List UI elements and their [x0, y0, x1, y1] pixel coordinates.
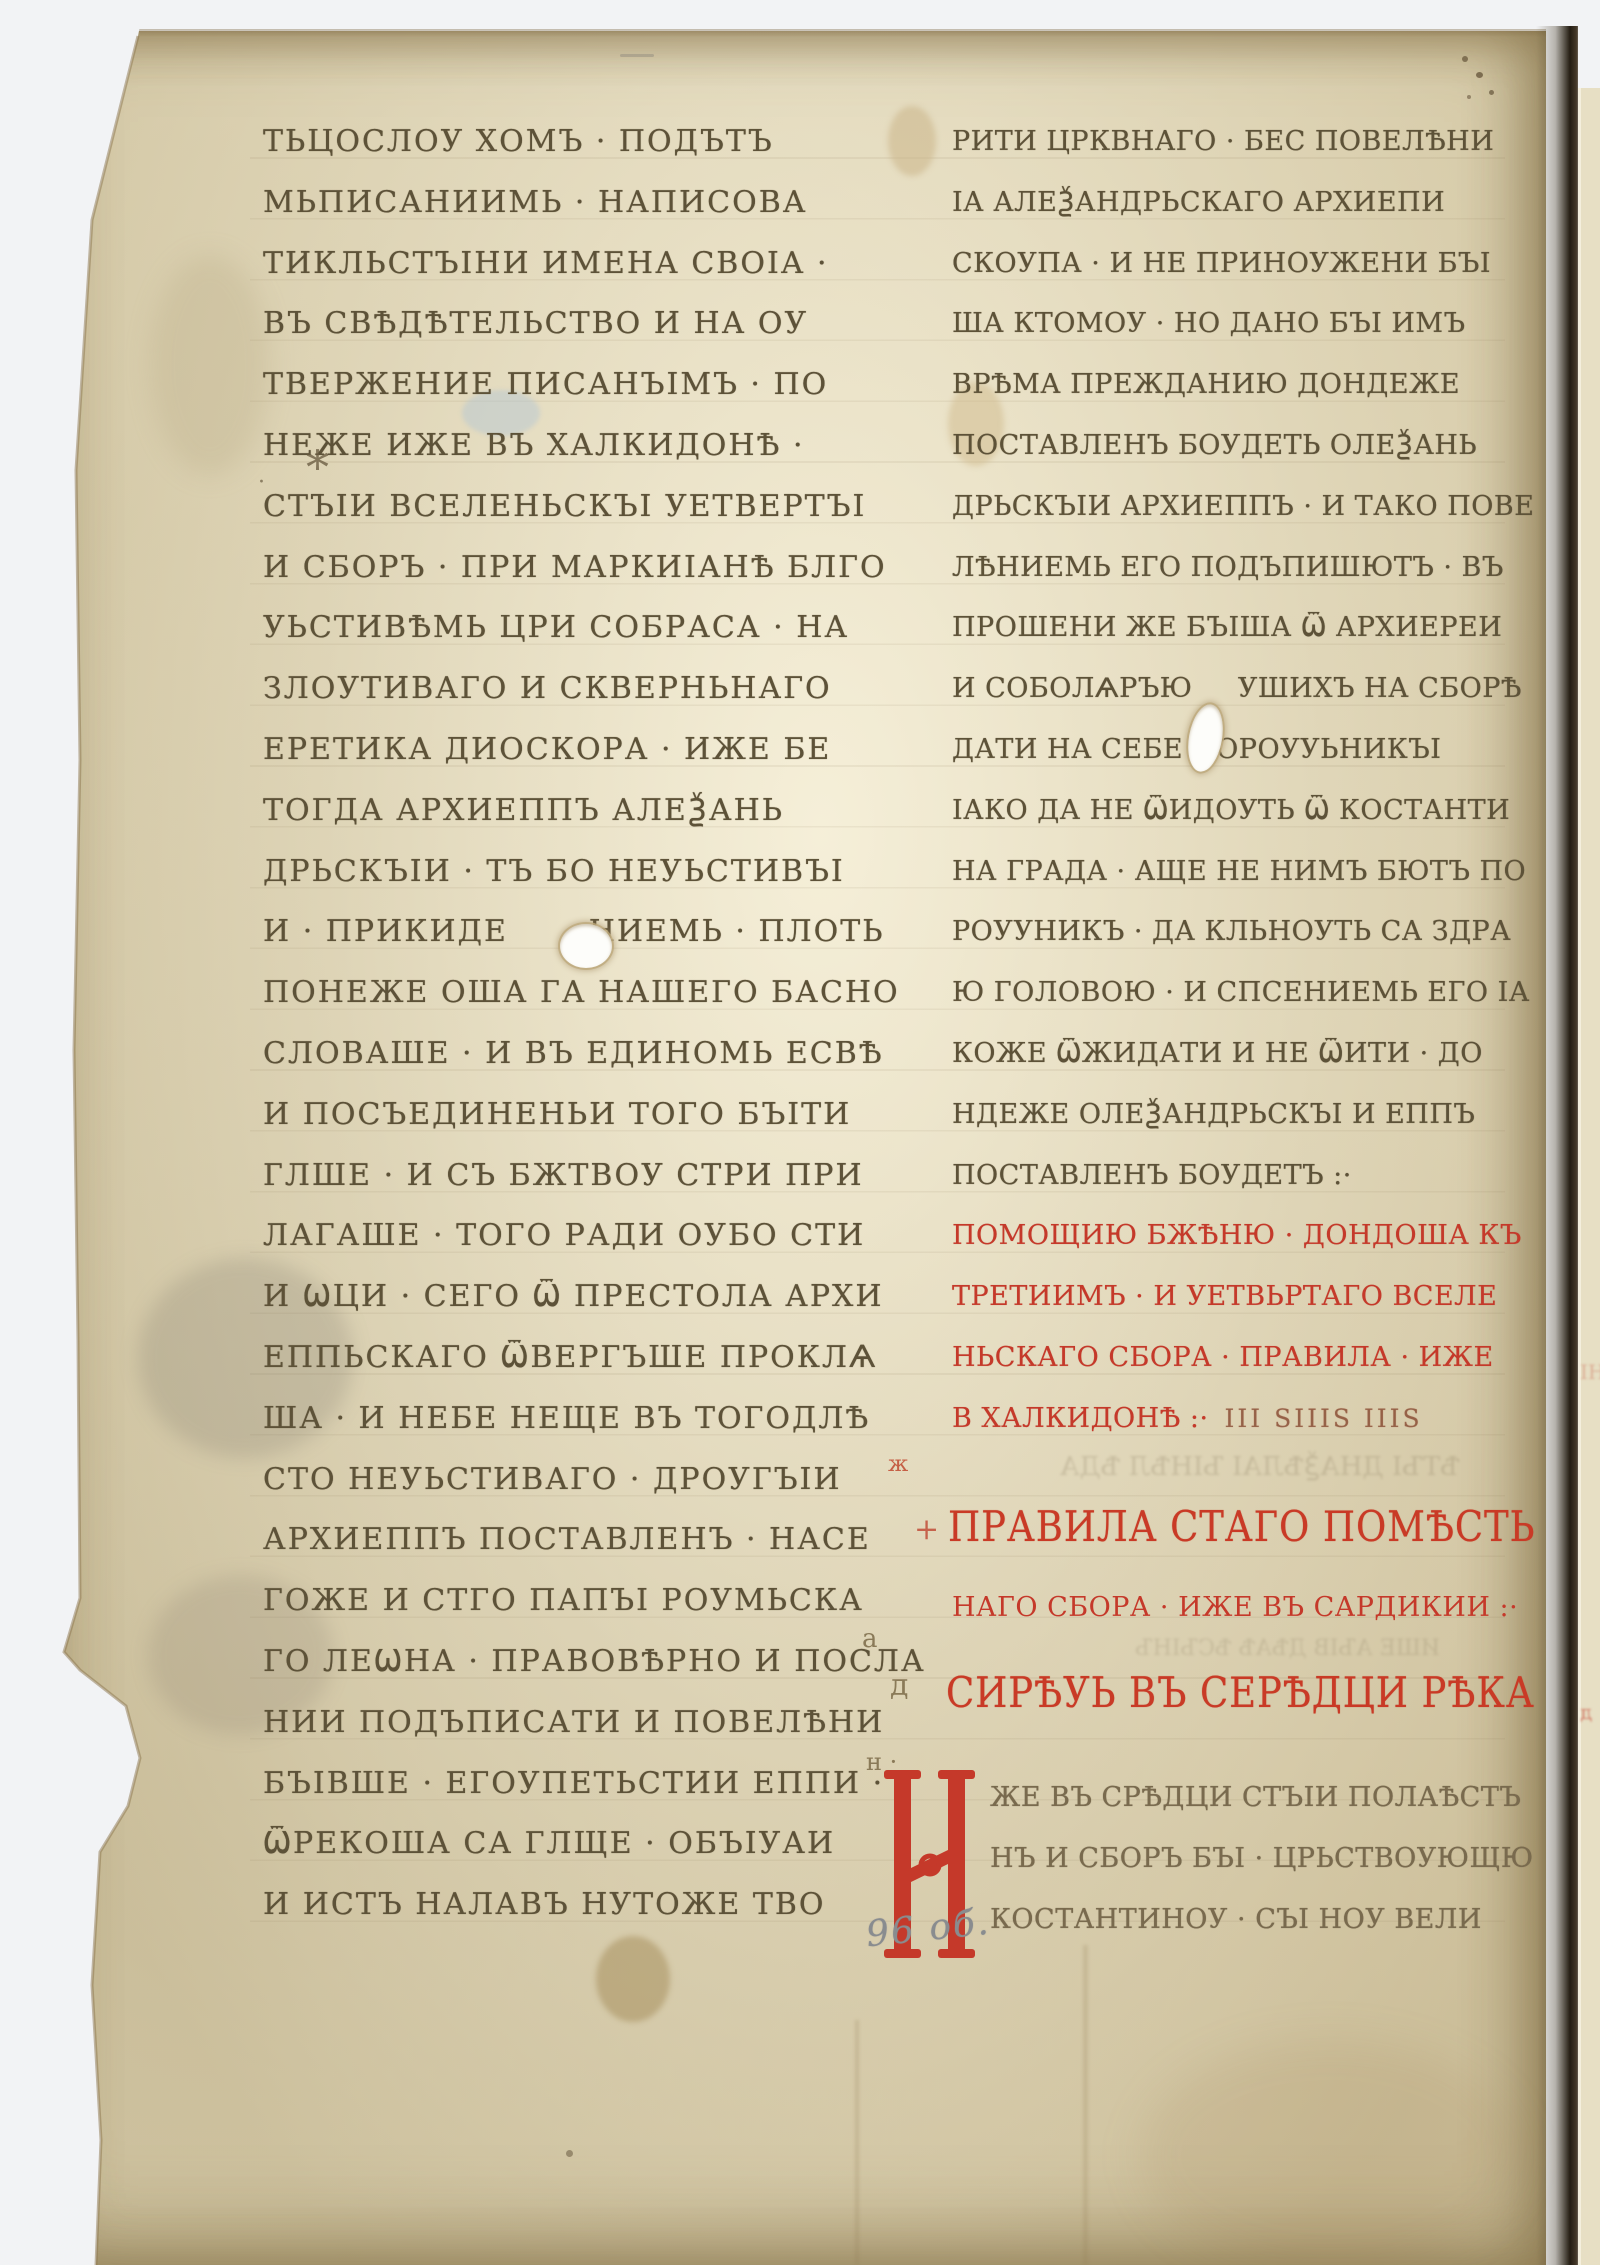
ink-speck	[1462, 56, 1468, 62]
facing-folio-bleedthrough: д	[1580, 1700, 1592, 1724]
text-line: ЛѢНИЕМЬ ЕГО ПОДЪПИШЮТЪ · ВЪ	[952, 538, 1492, 599]
ink-speck	[1489, 90, 1494, 95]
gutter-gloss: а	[862, 1624, 878, 1654]
bleedthrough-text: ИШЕ АЪІВ ДѢАѢ ѢСЪІНЪ	[960, 1636, 1440, 1661]
photo-backdrop-top	[0, 0, 1600, 31]
text-line: ВЪ СВѢДѢТЕЛЬСТВО И НА ОУ	[263, 294, 908, 355]
text-line: ГЛШЕ · И СЪ БЖТВОУ СТРИ ПРИ	[263, 1146, 908, 1207]
gutter-gloss: н ·	[866, 1748, 897, 1776]
text-line: ТИКЛЬСТЪІНИ ИМЕНА СВОІА ·	[263, 234, 908, 295]
text-line: ДРЬСКЪІИ · ТЪ БО НЕУЬСТИВЪІ	[263, 842, 908, 903]
text-line: ПОНЕЖЕ ОША ГА НАШЕГО БАСНО	[263, 963, 908, 1024]
margin-dot: ·	[258, 470, 265, 495]
text-line: ПОСТАВЛЕНЪ БОУДЕТЪ :·	[952, 1146, 1492, 1207]
pencil-mark	[620, 54, 654, 57]
text-line: НДЕЖЕ ОЛЕѮАНДРЬСКЪІ И ЕППЪ	[952, 1085, 1492, 1146]
margin-asterisk: *	[306, 440, 329, 494]
text-line: ЕППЬСКАГО ѾВЕРГЪШЕ ПРОКЛѦ	[263, 1328, 908, 1389]
manuscript-photo: ТЬЦОСЛОУ ХОМЪ · ПОДЪТЪ МЬПИСАНИИМЬ · НАП…	[0, 0, 1600, 2265]
rubric-heading-large: СИРѢУЬ ВЪ СЕРѢДЦИ РѢКА	[946, 1668, 1535, 1717]
text-line: СКОУПА · И НЕ ПРИНОУЖЕНИ БЪІ	[952, 234, 1492, 295]
page-top-shadow	[36, 29, 1546, 37]
text-line: АРХИЕППЪ ПОСТАВЛЕНЪ · НАСЕ	[263, 1510, 908, 1571]
text-line: ПРОШЕНИ ЖЕ БЪІША Ѿ АРХИЕРЕИ	[952, 598, 1492, 659]
ink-speck	[566, 2150, 573, 2157]
rubric-text: В ХАЛКИДОНѢ :·	[952, 1389, 1209, 1450]
stain	[596, 1936, 670, 2022]
text-line: СТЪІИ ВСЕЛЕНЬСКЪІ УЕТВЕРТЪІ	[263, 477, 908, 538]
bleedthrough-text: ѢТЪІ ДНАѮѢЛАІ ЪІНѢЛ ѢДА	[960, 1452, 1460, 1482]
text-line: РИТИ ЦРКВНАГО · БЕС ПОВЕЛѢНИ	[952, 112, 1492, 173]
ink-speck	[1467, 95, 1471, 99]
rubric-line: НЬСКАГО СБОРА · ПРАВИЛА · ИЖЕ	[952, 1328, 1492, 1389]
text-line: Ю ГОЛОВОЮ · И СПСЕНИЕМЬ ЕГО ІА	[952, 963, 1492, 1024]
text-line: БЪІВШЕ · ЕГОУПЕТЬСТИИ ЕППИ ·	[263, 1754, 908, 1815]
text-line: УЬСТИВѢМЬ ЦРИ СОБРАСА · НА	[263, 598, 908, 659]
text-line: И ИСТЪ НАЛАВЪ НУТОЖЕ ТВО	[263, 1875, 908, 1936]
rubric-line: ПОМОЩИЮ БЖѢНЮ · ДОНДОША КЪ	[952, 1206, 1492, 1267]
text-line: ША · И НЕБЕ НЕЩЕ ВЪ ТОГОДЛѢ	[263, 1389, 908, 1450]
text-line: ѾРЕКОША СА ГЛЩЕ · ОБЪІУАИ	[263, 1814, 908, 1875]
text-line: ІАКО ДА НЕ ѾИДОУТЬ Ѿ КОСТАНТИ	[952, 781, 1492, 842]
text-line: ГОЖЕ И СТГО ПАПЪІ РОУМЬСКА	[263, 1571, 908, 1632]
text-line: ТЬЦОСЛОУ ХОМЪ · ПОДЪТЪ	[263, 112, 908, 173]
left-column: ТЬЦОСЛОУ ХОМЪ · ПОДЪТЪ МЬПИСАНИИМЬ · НАП…	[263, 112, 908, 1936]
text-line: ІА АЛЕѮАНДРЬСКАГО АРХИЕПИ	[952, 173, 1492, 234]
rubric-heading-large: ПРАВИЛА СТАГО ПОМѢСТЬ	[948, 1502, 1535, 1551]
text-line: ГО ЛЕѠНА · ПРАВОВѢРНО И ПОСЛА	[263, 1632, 908, 1693]
facing-folio-bleedthrough: НІ	[1580, 1360, 1600, 1384]
text-line: НА ГРАДА · АЩЕ НЕ НИМЪ БЮТЪ ПО	[952, 842, 1492, 903]
initial-paragraph: ЖЕ ВЪ СРѢДЦИ СТЪІИ ПОЛАѢСТЪ НЪ И СБОРЪ Б…	[990, 1768, 1490, 1950]
text-line: КОЖЕ ѾЖИДАТИ И НЕ ѾИТИ · ДО	[952, 1024, 1492, 1085]
gutter-red-cross: +	[914, 1512, 939, 1547]
text-line: ТОГДА АРХИЕППЪ АЛЕѮАНЬ	[263, 781, 908, 842]
rubric-line: В ХАЛКИДОНѢ :· ІІІ ЅІІІЅ ІІІЅ	[952, 1389, 1492, 1450]
text-line: ДРЬСКЪІИ АРХИЕППЪ · И ТАКО ПОВЕ	[952, 477, 1492, 538]
faded-marks: ІІІ ЅІІІЅ ІІІЅ	[1225, 1389, 1423, 1450]
ink-speck	[1476, 72, 1483, 78]
gutter-red-mark: ж	[888, 1452, 908, 1477]
text-line: ТВЕРЖЕНИЕ ПИСАНЪІМЪ · ПО	[263, 355, 908, 416]
rubric-line: ТРЕТИИМЪ · И УЕТВЬРТАГО ВСЕЛЕ	[952, 1267, 1492, 1328]
text-line: ША КТОМОУ · НО ДАНО БЪІ ИМЪ	[952, 294, 1492, 355]
text-line: ЖЕ ВЪ СРѢДЦИ СТЪІИ ПОЛАѢСТЪ	[990, 1768, 1490, 1829]
crease	[854, 2020, 860, 2265]
right-column: РИТИ ЦРКВНАГО · БЕС ПОВЕЛѢНИ ІА АЛЕѮАНДР…	[952, 112, 1492, 1450]
text-line: НЪ И СБОРЪ БЪІ · ЦРЬСТВОУЮЩЮ	[990, 1829, 1490, 1890]
text-line: И ѠЦИ · СЕГО Ѿ ПРЕСТОЛА АРХИ	[263, 1267, 908, 1328]
text-line: ВРѢМА ПРЕЖДАНИЮ ДОНДЕЖЕ	[952, 355, 1492, 416]
parchment-hole	[560, 924, 612, 968]
text-line: НИИ ПОДЪПИСАТИ И ПОВЕЛѢНИ	[263, 1693, 908, 1754]
photo-backdrop-right	[1578, 0, 1600, 92]
text-line: ЗЛОУТИВАГО И СКВЕРНЬНАГО	[263, 659, 908, 720]
text-line: И СОБОЛѦРЪЮ УШИХЪ НА СБОРѢ	[952, 659, 1492, 720]
text-line: ЕРЕТИКА ДИОСКОРА · ИЖЕ БЕ	[263, 720, 908, 781]
text-line: КОСТАНТИНОУ · СЪІ НОУ ВЕЛИ	[990, 1890, 1490, 1951]
stain	[1140, 2040, 1520, 2265]
gutter-gloss: д	[890, 1668, 908, 1703]
photo-backdrop-left-torn-edge	[0, 0, 170, 2265]
text-line: ЛАГАШЕ · ТОГО РАДИ ОУБО СТИ	[263, 1206, 908, 1267]
binding-gutter-shadow	[1536, 26, 1582, 2265]
crease	[1082, 1945, 1089, 2265]
facing-folio-edge	[1578, 88, 1600, 2265]
text-line: РОУУНИКЪ · ДА КЛЬНОУТЬ СА ЗДРА	[952, 902, 1492, 963]
rubric-heading-small: НАГО СБОРА · ИЖЕ ВЪ САРДИКИИ :·	[952, 1592, 1518, 1623]
text-line: СЛОВАШЕ · И ВЪ ЕДИНОМЬ ЕСВѢ	[263, 1024, 908, 1085]
text-line: И СБОРЪ · ПРИ МАРКИІАНѢ БЛГО	[263, 538, 908, 599]
text-line: ПОСТАВЛЕНЪ БОУДЕТЬ ОЛЕѮАНЬ	[952, 416, 1492, 477]
text-line: И ПОСЪЕДИНЕНЬИ ТОГО БЪІТИ	[263, 1085, 908, 1146]
text-line: НЕЖЕ ИЖЕ ВЪ ХАЛКИДОНѢ ·	[263, 416, 908, 477]
text-line: МЬПИСАНИИМЬ · НАПИСОВА	[263, 173, 908, 234]
text-line: СТО НЕУЬСТИВАГО · ДРОУГЪІИ	[263, 1450, 908, 1511]
